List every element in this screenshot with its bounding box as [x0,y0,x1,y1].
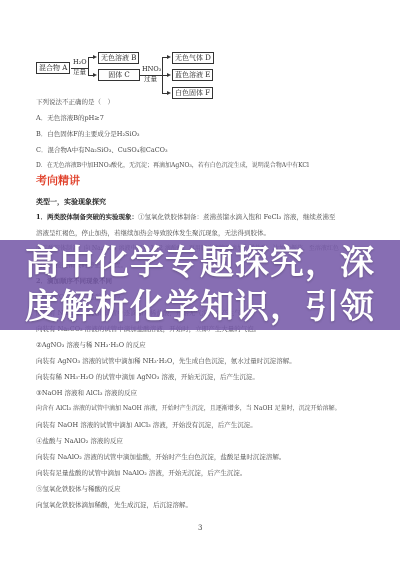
item2-sub5-line: 向氢氧化铁胶体滴加稀酸，先生成沉淀，后沉淀溶解。 [36,501,192,509]
item2-sub3-line: 向装有 NaOH 溶液的试管中滴加 AlCl₃ 溶液，开始没有沉淀，后产生沉淀。 [36,421,257,429]
arrow-icon [167,91,171,95]
option-b: B．白色固体F的主要成分是H₂SiO₃ [36,130,140,138]
solution-b-box: 无色溶液 B [98,52,139,64]
mixture-a-label: 混合物 A [39,64,67,72]
option-a: A．无色溶液B的pH≥7 [36,114,104,122]
gas-d-label: 无色气体 D [175,54,211,62]
arrow-icon [167,55,171,59]
type-heading: 类型一，实验现象探究 [36,197,106,207]
item2-sub4-line: 向装有足量盐酸的试管中滴加 NaAlO₂ 溶液，开始无沉淀，后产生沉淀。 [36,469,246,477]
item2-sub3-title: ③NaOH 溶液和 AlCl₃ 溶液的反应 [36,389,137,397]
item2-sub4-line: 向装有 NaAlO₂ 溶液的试管中滴加盐酸，开始时产生白色沉淀，盐酸足量时沉淀溶… [36,453,285,461]
reagent-nitric-acid-label: HNO₃ [142,66,161,73]
section-heading: 考向精讲 [36,172,80,188]
solid-c-label: 固体 C [108,71,130,79]
item2-sub2-title: ②AgNO₃ 溶液与稀 NH₃·H₂O 的反应 [36,341,146,349]
banner-title-line2: 度解析化学知识，引领 [25,285,375,329]
item1-text: ①氢氧化铁胶体制备：煮沸蒸馏水滴入饱和 FeCl₃ 溶液，继续煮沸至 [138,213,335,221]
item2-sub5-title: ⑤氢氧化铁胶体与稀酸的反应 [36,485,121,493]
item2-sub2-line: 向装有 AgNO₃ 溶液的试管中滴加稀 NH₃·H₂O，先生成白色沉淀，氨水过量… [36,357,296,365]
branch-line [88,57,89,75]
item2-sub4-title: ④盐酸与 NaAlO₂ 溶液的反应 [36,437,123,445]
reagent-water-label: H₂O [73,59,87,66]
option-d: D．在无色溶液B中加HNO₃酸化，无沉淀；再滴加AgNO₃，若有白色沉淀生成，说… [36,162,309,170]
reagent-water-amount-label: 足量 [73,69,86,76]
page-number: 3 [198,524,202,532]
item1-line: 1．两类胶体制备突破的实验现象：①氢氧化铁胶体制备：煮沸蒸馏水滴入饱和 FeCl… [36,213,335,221]
reagent-nitric-acid-amount-label: 过量 [144,76,157,83]
item1-text-continued: 溶液呈红褐色，停止加热，若继续加热会导致胶体发生聚沉现象，无法得到胶体。 [36,229,270,237]
arrow-icon [93,73,97,77]
banner-title-line1: 高中化学专题探究，深 [25,241,375,285]
solid-f-box: 白色固体 F [172,87,213,99]
mixture-a-box: 混合物 A [36,62,70,74]
solution-b-label: 无色溶液 B [101,54,136,62]
item2-sub2-line: 向装有稀 NH₃·H₂O 的试管中滴加 AgNO₃ 溶液，开始无沉淀，后产生沉淀… [36,373,259,381]
gas-d-box: 无色气体 D [172,52,214,64]
reaction-flow-diagram: 混合物 A H₂O 足量 无色溶液 B 固体 C HNO₃ 过量 无色气体 D … [36,52,216,100]
solution-e-label: 蓝色溶液 E [175,71,210,79]
solid-c-box: 固体 C [98,69,140,81]
solid-f-label: 白色固体 F [175,89,210,97]
question-stem: 下列说法不正确的是（ ） [36,98,114,106]
arrow-icon [167,73,171,77]
item1-title: 1．两类胶体制备突破的实验现象： [36,213,138,221]
item2-sub3-line: 向含有 AlCl₃ 溶液的试管中滴加 NaOH 溶液，开始时产生沉淀，且逐渐增多… [36,405,341,413]
option-c: C．混合物A中有Na₂SiO₃、CuSO₄和CaCO₃ [36,146,168,154]
title-banner: 高中化学专题探究，深 度解析化学知识，引领 [0,240,400,330]
arrow-icon [93,55,97,59]
solution-e-box: 蓝色溶液 E [172,69,213,81]
